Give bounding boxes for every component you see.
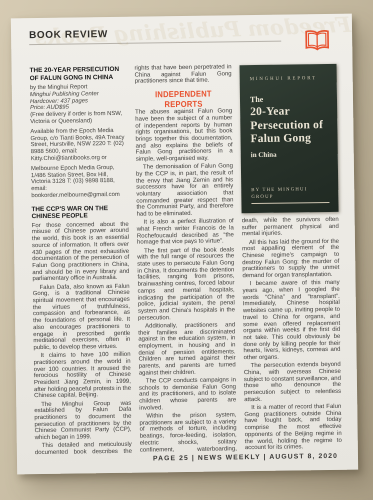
paragraph: It is also a perfect illustration of wha… <box>137 219 234 247</box>
availability-sydney: Available from the Epoch Media Group, c/… <box>30 128 127 163</box>
delivery-note: (Free delivery if order is from NSW, Vic… <box>30 111 127 126</box>
paragraph: Additionally, practitioners and their fa… <box>138 322 236 377</box>
page-footer: PAGE 25 | NEWS WEEKLY | AUGUST 8, 2020 <box>153 453 338 463</box>
paragraph: It is a matter of record that Falun Gong… <box>244 404 342 452</box>
cover-subtitle: in China <box>251 151 329 159</box>
section-header-left: BOOK REVIEW <box>29 27 281 46</box>
open-book-icon <box>302 28 332 57</box>
paragraph: The persecution extends beyond China, wi… <box>244 362 342 404</box>
paragraph: The Minghui Group was established by Fal… <box>34 400 132 442</box>
magazine-page: Freedom Publishing Books BOOK REVIEW THE… <box>11 14 358 475</box>
paragraph: I became aware of this many years ago, w… <box>243 280 341 362</box>
cover-title-prefix: The <box>250 96 328 104</box>
paragraph: Falun Dafa, also known as Falun Gong, is… <box>33 283 131 351</box>
cover-imprint: MINGHUI REPORT <box>250 76 328 84</box>
cover-title: 20-Year Persecution of Falun Gong <box>250 105 329 147</box>
paragraph: death, while the survivors often suffer … <box>242 217 339 238</box>
availability-melbourne: Melbourne Epoch Media Group, 1/486 Stati… <box>31 165 128 200</box>
paragraph: The CCP conducts campaigns in schools to… <box>139 377 236 412</box>
paragraph: This detailed and meticulously documente… <box>35 442 132 455</box>
article-columns: THE 20-YEAR PERSECUTION OF FALUN GONG IN… <box>11 57 357 456</box>
paragraph: For those concerned about the misuse of … <box>32 222 130 284</box>
column-2: rights that have been perpetrated in Chi… <box>135 64 237 453</box>
article-heading: THE 20-YEAR PERSECUTION OF FALUN GONG IN… <box>30 66 127 82</box>
section-title: BOOK REVIEW <box>29 27 281 42</box>
paragraph: rights that have been perpetrated in Chi… <box>135 64 232 85</box>
column-1: THE 20-YEAR PERSECUTION OF FALUN GONG IN… <box>30 66 132 455</box>
section-header: BOOK REVIEW <box>11 14 353 62</box>
subheading-independent-reports: INDEPENDENT REPORTS <box>135 88 232 110</box>
paragraph: The abuses against Falun Gong have been … <box>135 108 233 163</box>
paragraph: Within the prison system, practitioners … <box>139 412 237 455</box>
paragraph: The demonisation of Falun Gong by the CC… <box>136 164 234 219</box>
cover-author: BY THE MINGHUI GROUP <box>251 187 329 204</box>
paragraph: It claims to have 100 million practition… <box>34 352 132 400</box>
paragraph: All this has laid the ground for the mos… <box>242 238 340 280</box>
column-3: MINGHUI REPORT The 20-Year Persecution o… <box>239 63 341 452</box>
magazine-photo: Freedom Publishing Books BOOK REVIEW THE… <box>0 0 373 500</box>
subheading-ccp-war: THE CCP'S WAR ON THE CHINESE PEOPLE <box>31 205 128 221</box>
book-details: by the Minghui Report Minghui Publishing… <box>30 84 129 200</box>
book-cover-image: MINGHUI REPORT The 20-Year Persecution o… <box>240 64 339 213</box>
header-rule <box>29 41 281 46</box>
paragraph: The first part of the book deals with th… <box>137 247 235 322</box>
